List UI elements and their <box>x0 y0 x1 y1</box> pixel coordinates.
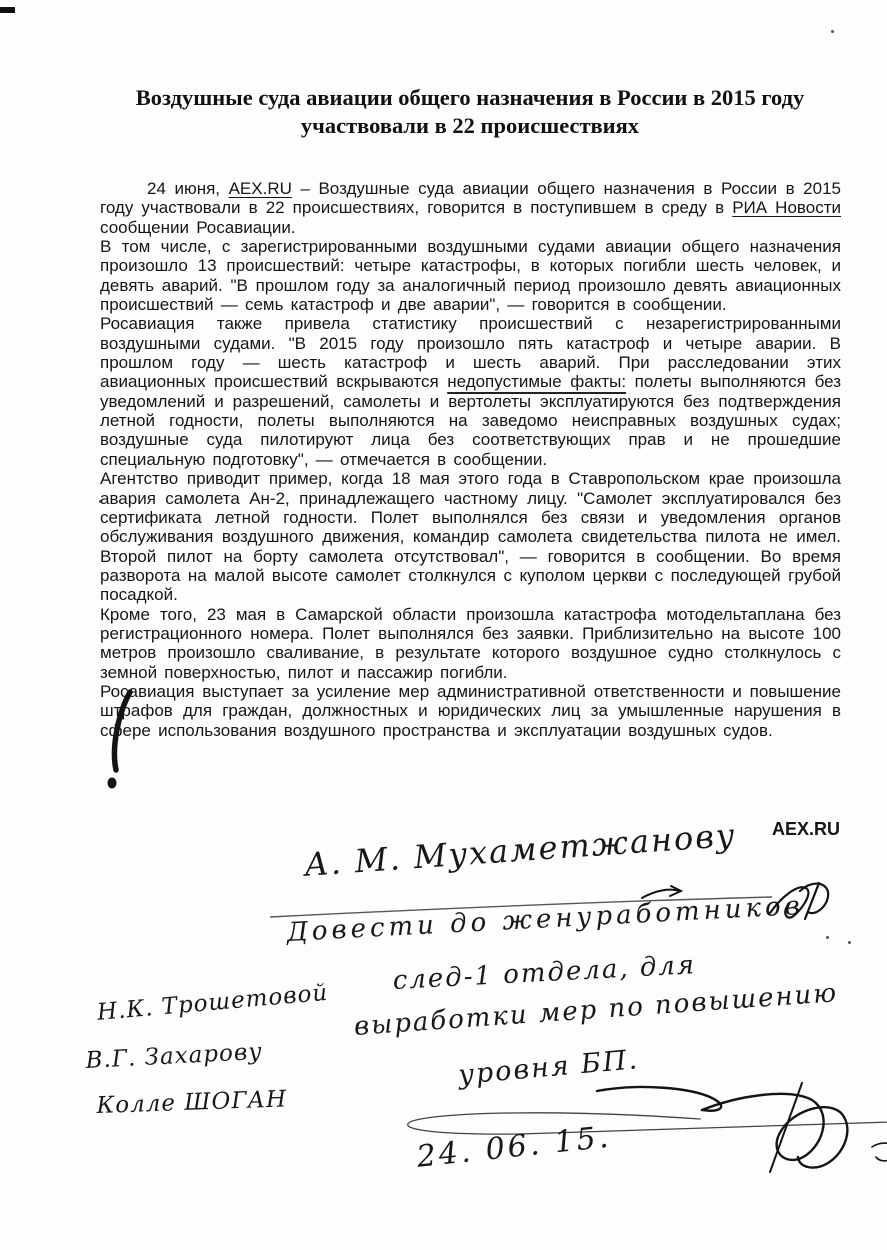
scan-artifact-dot <box>831 30 834 33</box>
handwritten-resolution-line-1: Довести до женуработников <box>286 891 804 948</box>
article-body: 24 июня, AEX.RU – Воздушные суда авиации… <box>100 179 841 740</box>
link-ria-novosti: РИА Новости <box>732 198 841 217</box>
handwritten-resolution-line-2: след-1 отдела, для <box>392 950 697 996</box>
paragraph-registered-stats: В том числе, с зарегистрированными возду… <box>100 237 841 314</box>
scan-artifact-dot <box>826 936 829 939</box>
handwritten-addressee: А. М. Мухаметжанову <box>303 816 738 884</box>
scanned-document-page: Воздушные суда авиации общего назначения… <box>0 0 887 1250</box>
pen-arrow-icon <box>642 886 681 898</box>
document-title: Воздушные суда авиации общего назначения… <box>100 84 840 140</box>
paragraph-an2-example: Агентство приводит пример, когда 18 мая … <box>100 469 841 604</box>
hand-underlined-phrase: недопустимые факты: <box>447 372 626 391</box>
handwritten-name-1: Н.К. Трошетовой <box>96 980 329 1026</box>
scan-artifact-dash <box>0 7 15 13</box>
link-aex-ru: AEX.RU <box>229 179 292 198</box>
handwritten-date: 24. 06. 15. <box>415 1120 613 1175</box>
paragraph-lead: 24 июня, AEX.RU – Воздушные суда авиации… <box>100 179 841 237</box>
paragraph-rosaviation-position: Росавиация выступает за усиление мер адм… <box>100 682 841 740</box>
source-label: AEX.RU <box>772 819 840 840</box>
paragraph-unregistered-stats: Росавиация также привела статистику прои… <box>100 314 841 469</box>
paragraph-lead-pre: 24 июня, <box>147 179 229 198</box>
scan-artifact-dot <box>848 941 851 944</box>
paragraph-samara-crash: Кроме того, 23 мая в Самарской области п… <box>100 605 841 682</box>
paragraph-lead-post: сообщении Росавиации. <box>100 218 296 237</box>
handwritten-resolution-line-4: уровня БП. <box>457 1044 640 1091</box>
handwritten-name-2: В.Г. Захарову <box>85 1039 263 1074</box>
handwritten-name-3: Колле ШОГАН <box>96 1086 287 1119</box>
